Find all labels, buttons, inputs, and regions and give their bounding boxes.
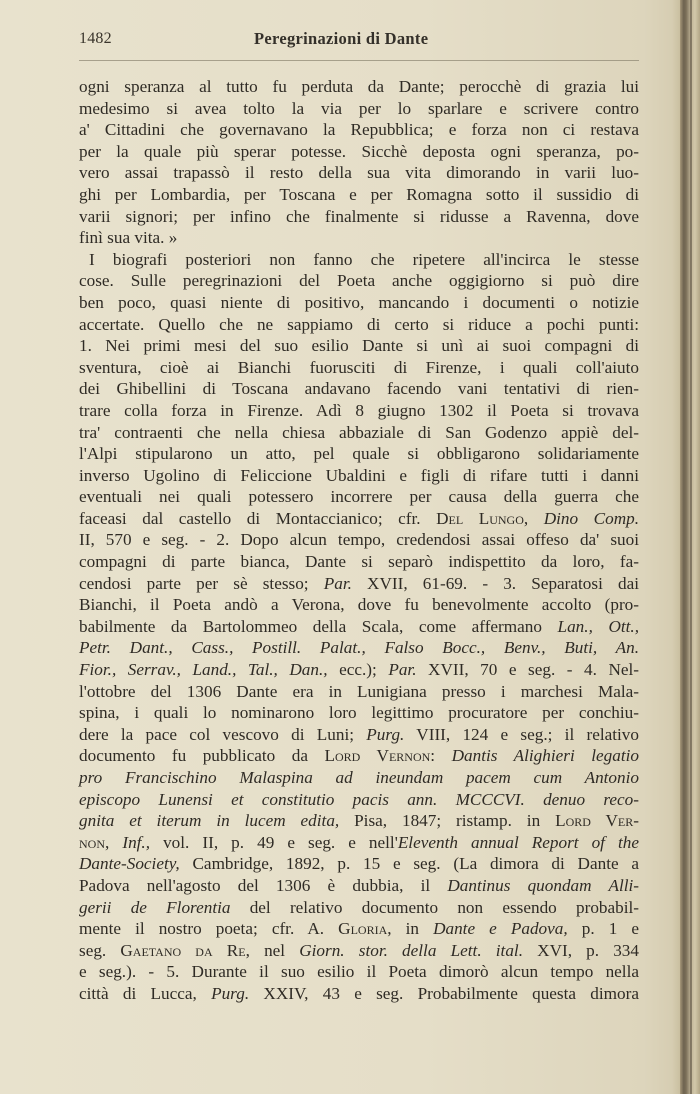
text-line: cendosi parte per sè stesso; Par. XVII, …: [79, 573, 639, 595]
header-rule: [79, 60, 639, 61]
text-line: varii signori; per infino che finalmente…: [79, 206, 639, 228]
text-line: città di Lucca, Purg. XXIV, 43 e seg. Pr…: [79, 983, 639, 1005]
running-title: Peregrinazioni di Dante: [254, 29, 428, 49]
text-line: eventuali nei quali potessero incorrere …: [79, 486, 639, 508]
text-line: gnita et iterum in lucem edita, Pisa, 18…: [79, 810, 639, 832]
text-line: Dante-Society, Cambridge, 1892, p. 15 e …: [79, 853, 639, 875]
text-line: ben poco, quasi niente di positivo, manc…: [79, 292, 639, 314]
text-line: per la quale più sperar potesse. Sicchè …: [79, 141, 639, 163]
text-line: 1. Nei primi mesi del suo esilio Dante s…: [79, 335, 639, 357]
text-line: documento fu pubblicato da Lord Vernon: …: [79, 745, 639, 767]
body-text: ogni speranza al tutto fu perduta da Dan…: [79, 76, 639, 1005]
text-line: l'Alpi stipularono un atto, pel quale si…: [79, 443, 639, 465]
text-line: episcopo Lunensi et constitutio pacis an…: [79, 789, 639, 811]
text-line: medesimo si avea tolto la via per lo spa…: [79, 98, 639, 120]
text-line: sventura, cioè ai Bianchi fuorusciti di …: [79, 357, 639, 379]
text-line: faceasi dal castello di Montaccianico; c…: [79, 508, 639, 530]
text-line: inverso Ugolino di Feliccione Ubaldini e…: [79, 465, 639, 487]
text-line: compagni di parte bianca, Dante si separ…: [79, 551, 639, 573]
text-line: cose. Sulle peregrinazioni del Poeta anc…: [79, 270, 639, 292]
text-line: ogni speranza al tutto fu perduta da Dan…: [79, 76, 639, 98]
text-line: II, 570 e seg. - 2. Dopo alcun tempo, cr…: [79, 529, 639, 551]
text-line: Fior., Serrav., Land., Tal., Dan., ecc.)…: [79, 659, 639, 681]
text-line: babilmente da Bartolommeo della Scala, c…: [79, 616, 639, 638]
text-line: Bianchi, il Poeta andò a Verona, dove fu…: [79, 594, 639, 616]
text-line: dere la pace col vescovo di Luni; Purg. …: [79, 724, 639, 746]
page-number: 1482: [79, 30, 112, 48]
text-line: l'ottobre del 1306 Dante era in Lunigian…: [79, 681, 639, 703]
spine-edge: [690, 0, 692, 1094]
text-line: tra' contraenti che nella chiesa abbazia…: [79, 422, 639, 444]
text-line: seg. Gaetano da Re, nel Giorn. stor. del…: [79, 940, 639, 962]
text-line: trare colla forza in Firenze. Adì 8 giug…: [79, 400, 639, 422]
text-line: e seg.). - 5. Durante il suo esilio il P…: [79, 961, 639, 983]
text-line: Petr. Dant., Cass., Postill. Palat., Fal…: [79, 637, 639, 659]
text-line: mente il nostro poeta; cfr. A. Gloria, i…: [79, 918, 639, 940]
text-line: I biografi posteriori non fanno che ripe…: [79, 249, 639, 271]
text-line: non, Inf., vol. II, p. 49 e seg. e nell'…: [79, 832, 639, 854]
text-line: gerii de Florentia del relativo document…: [79, 897, 639, 919]
text-line: pro Francischino Malaspina ad ineundam p…: [79, 767, 639, 789]
text-line: ghi per Lombardia, per Toscana e per Rom…: [79, 184, 639, 206]
text-line: accertate. Quello che ne sappiamo di cer…: [79, 314, 639, 336]
book-page: 1482 Peregrinazioni di Dante ogni speran…: [0, 0, 700, 1094]
text-line: vero assai trapassò il resto della sua v…: [79, 162, 639, 184]
page-header: 1482 Peregrinazioni di Dante: [79, 28, 639, 54]
text-line: spina, i quali lo nominarono loro legitt…: [79, 702, 639, 724]
text-line: dei Ghibellini di Toscana andavano facen…: [79, 378, 639, 400]
text-line: a' Cittadini che governavano la Repubbli…: [79, 119, 639, 141]
text-line: finì sua vita. »: [79, 227, 639, 249]
text-line: Padova nell'agosto del 1306 è dubbia, il…: [79, 875, 639, 897]
